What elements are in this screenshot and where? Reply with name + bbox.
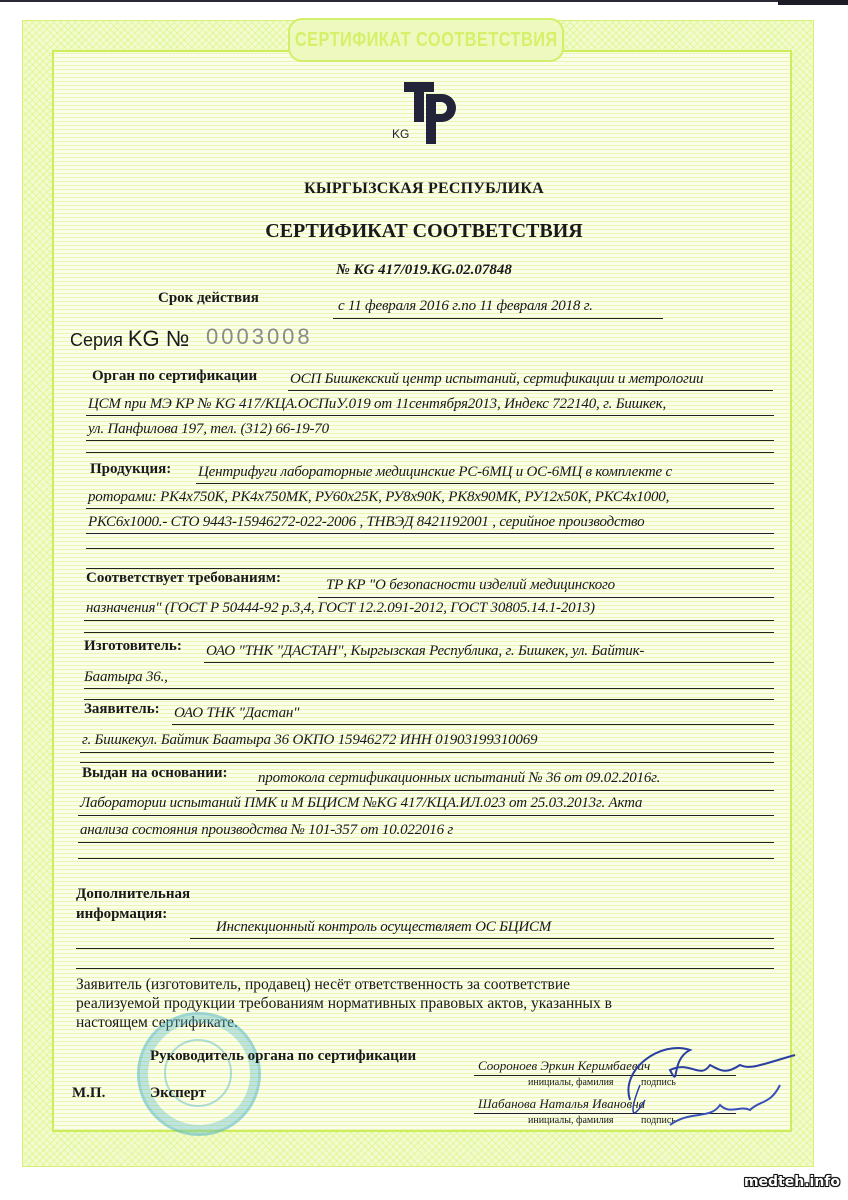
- underline: [76, 968, 774, 969]
- series-number: 0003008: [206, 324, 313, 350]
- seal-place-label: М.П.: [72, 1085, 105, 1102]
- product-label: Продукция:: [90, 461, 171, 478]
- manufacturer-line-1: ОАО "ТНК "ДАСТАН", Кыргызская Республика…: [206, 643, 644, 660]
- product-line-3: РКС6х1000.- СТО 9443-15946272-022-2006 ,…: [88, 514, 644, 531]
- underline: [84, 620, 774, 621]
- certification-body-line-3: ул. Панфилова 197, тел. (312) 66-19-70: [88, 421, 329, 438]
- validity-label: Срок действия: [158, 290, 259, 307]
- applicant-line-2: г. Бишкекул. Байтик Баатыра 36 ОКПО 1594…: [82, 732, 537, 749]
- additional-label-line-2: информация:: [76, 906, 167, 923]
- manufacturer-line-2: Баатыра 36.,: [84, 669, 168, 686]
- underline: [172, 724, 774, 725]
- underline: [256, 790, 774, 791]
- underline: [86, 440, 774, 441]
- banner-text: СЕРТИФИКАТ СООТВЕТСТВИЯ: [295, 29, 558, 52]
- country-heading: КЫРГЫЗСКАЯ РЕСПУБЛИКА: [0, 180, 848, 198]
- underline: [76, 948, 774, 949]
- additional-value: Инспекционный контроль осуществляет ОС Б…: [216, 919, 551, 936]
- underline: [86, 533, 774, 534]
- liability-line-2: реализуемой продукции требованиям нормат…: [76, 995, 612, 1013]
- underline: [86, 415, 774, 416]
- underline: [86, 452, 774, 453]
- certification-body-line-2: ЦСМ при МЭ КР № KG 417/КЦА.ОСПиУ.019 от …: [88, 396, 666, 413]
- underline: [84, 699, 774, 700]
- top-banner: СЕРТИФИКАТ СООТВЕТСТВИЯ: [288, 18, 564, 62]
- liability-line-1: Заявитель (изготовитель, продавец) несёт…: [76, 976, 570, 994]
- basis-line-2: Лаборатории испытаний ПМК и М БЦИСМ №KG …: [80, 795, 642, 812]
- head-of-body-label: Руководитель органа по сертификации: [150, 1048, 416, 1065]
- basis-line-1: протокола сертификационных испытаний № 3…: [258, 770, 660, 787]
- certification-body-label: Орган по сертификации: [92, 368, 257, 385]
- certificate-title: СЕРТИФИКАТ СООТВЕТСТВИЯ: [0, 220, 848, 243]
- underline: [78, 858, 774, 859]
- certification-body-line-1: ОСП Бишкекский центр испытаний, сертифик…: [290, 371, 703, 388]
- product-line-1: Центрифуги лабораторные медицинские РС-6…: [198, 464, 672, 481]
- svg-text:KG: KG: [392, 127, 409, 141]
- certificate-number: № KG 417/019.KG.02.07848: [0, 262, 848, 279]
- official-stamp: [137, 1012, 261, 1136]
- handwritten-signatures: [600, 1030, 800, 1130]
- underline: [86, 568, 774, 569]
- additional-label-line-1: Дополнительная: [76, 886, 190, 903]
- watermark: medteh.info: [744, 1174, 840, 1190]
- series-label: Серия KG №: [70, 326, 189, 352]
- underline: [318, 597, 774, 598]
- validity-underline: [333, 318, 663, 319]
- applicant-label: Заявитель:: [84, 701, 160, 718]
- underline: [288, 390, 773, 391]
- validity-value: с 11 февраля 2016 г.по 11 февраля 2018 г…: [338, 298, 593, 315]
- underline: [84, 688, 774, 689]
- underline: [86, 548, 774, 549]
- underline: [84, 632, 774, 633]
- underline: [204, 662, 774, 663]
- scan-edge-top: [0, 0, 848, 2]
- basis-line-3: анализа состояния производства № 101-357…: [80, 822, 453, 839]
- basis-label: Выдан на основании:: [82, 765, 228, 782]
- requirements-line-1: ТР КР "О безопасности изделий медицинско…: [326, 577, 615, 594]
- underline: [78, 842, 774, 843]
- underline: [190, 938, 774, 939]
- tr-kg-logo-icon: KG: [392, 82, 456, 144]
- applicant-line-1: ОАО ТНК "Дастан": [174, 705, 299, 722]
- underline: [78, 815, 774, 816]
- underline: [80, 752, 774, 753]
- scan-edge-top-right: [778, 0, 848, 5]
- product-line-2: роторами: РК4х750К, РК4х750МК, РУ60х25К,…: [88, 489, 669, 506]
- manufacturer-label: Изготовитель:: [84, 638, 182, 655]
- requirements-line-2: назначения" (ГОСТ Р 50444-92 р.3,4, ГОСТ…: [86, 600, 595, 617]
- underline: [86, 508, 774, 509]
- requirements-label: Соответствует требованиям:: [86, 570, 281, 587]
- underline: [196, 483, 774, 484]
- underline: [80, 762, 774, 763]
- expert-label: Эксперт: [150, 1085, 206, 1102]
